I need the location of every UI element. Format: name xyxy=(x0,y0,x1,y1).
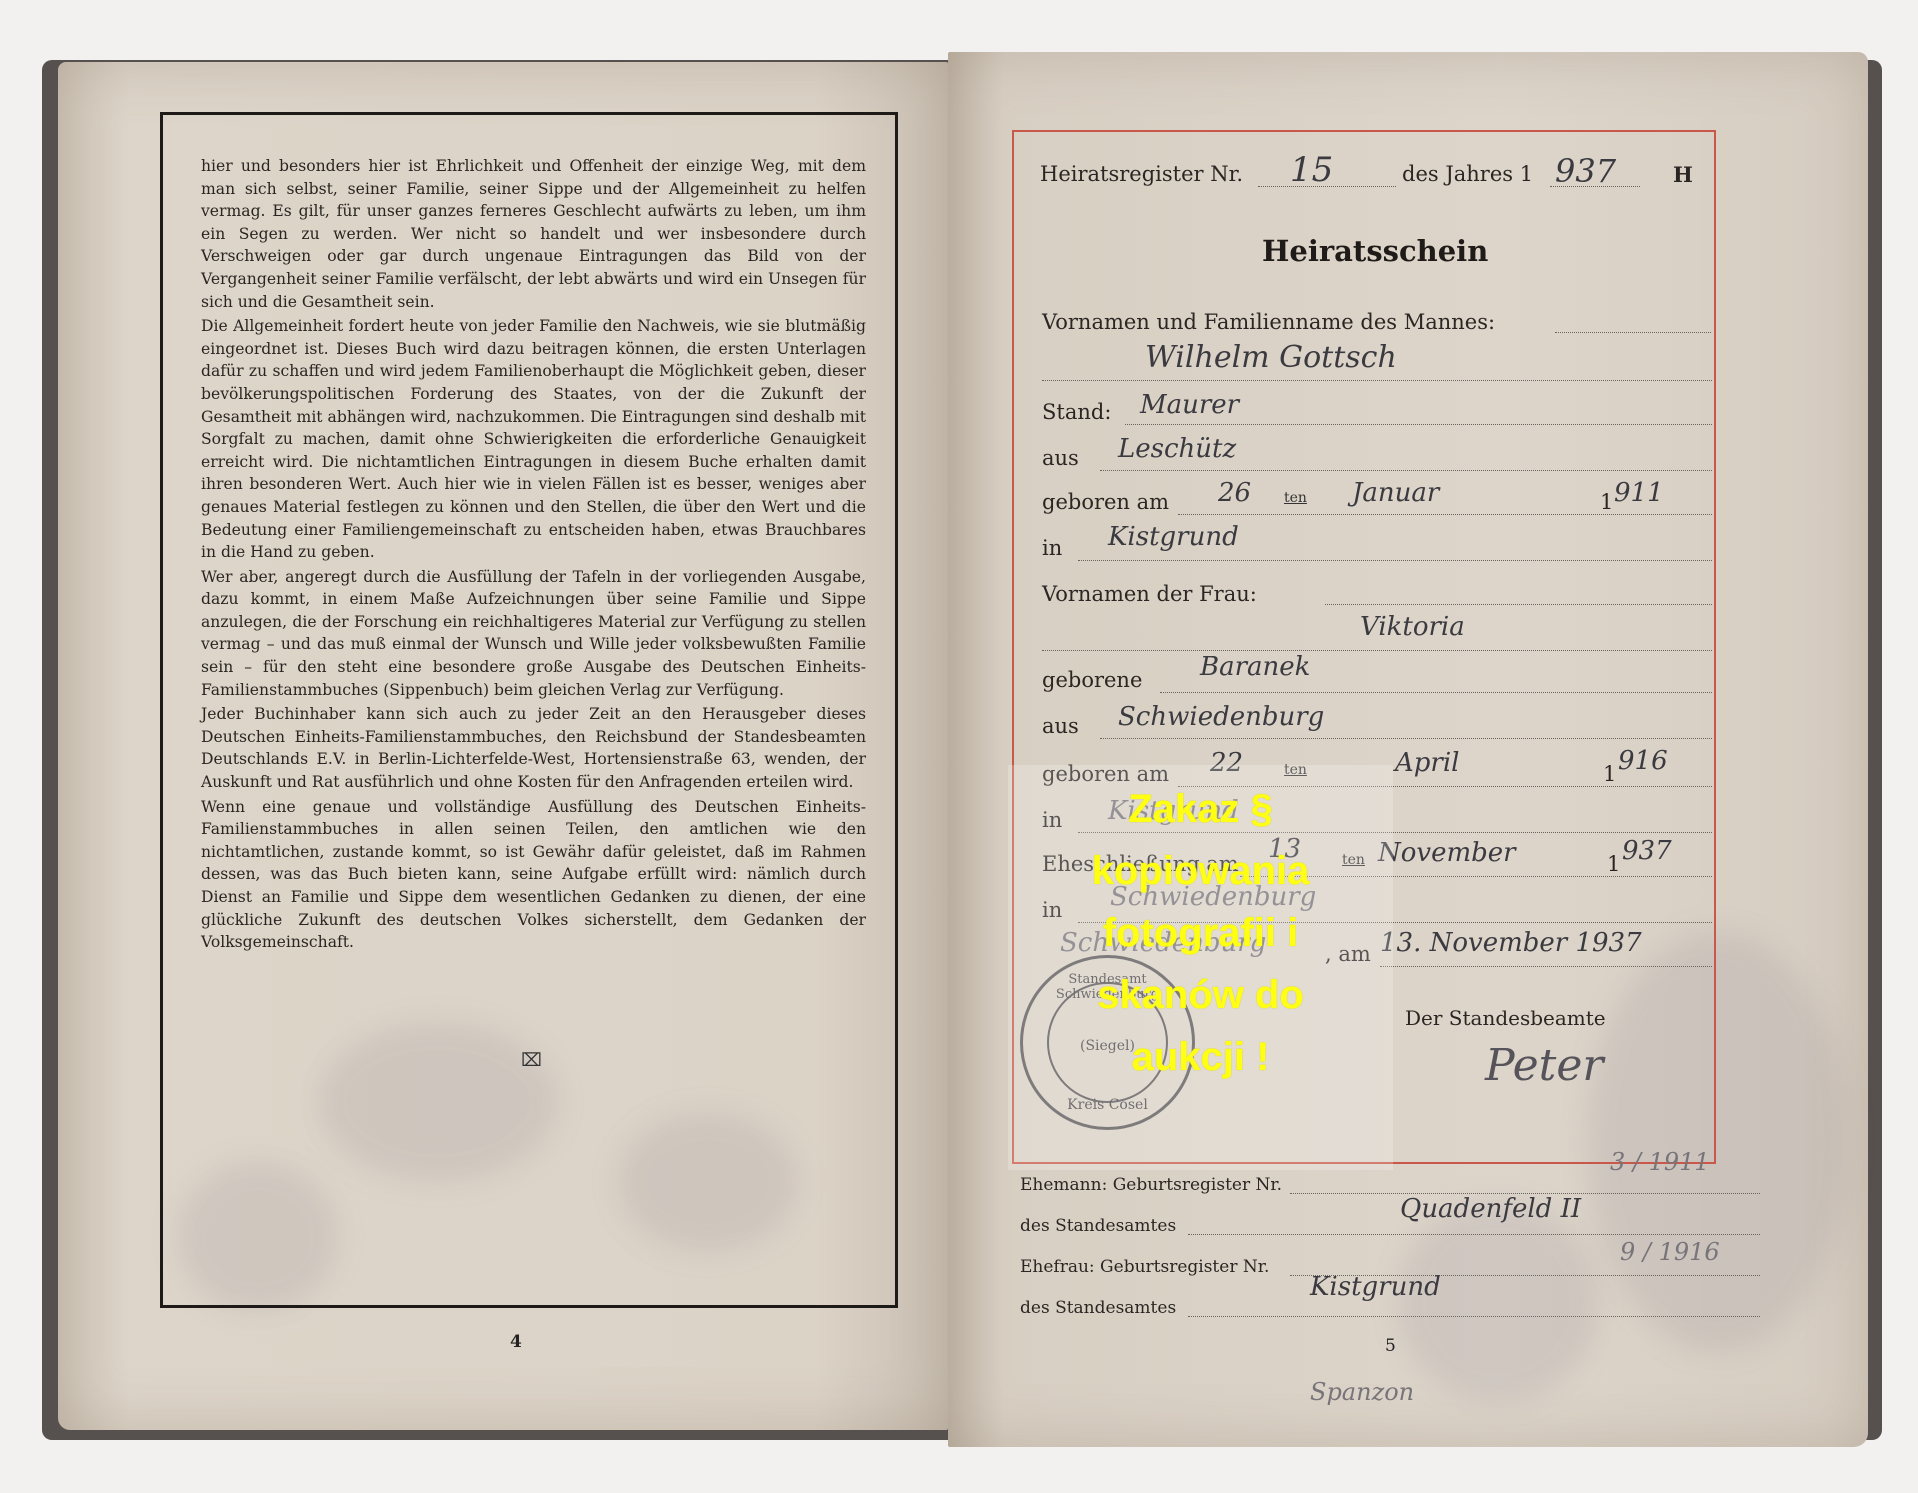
paragraph: Wenn eine genaue und vollständige Ausfül… xyxy=(201,796,866,954)
stand-value: Maurer xyxy=(1140,390,1239,420)
husband-from-value: Leschütz xyxy=(1118,434,1236,464)
aus-label: aus xyxy=(1042,446,1079,470)
husband-born-day: 26 xyxy=(1218,478,1251,508)
wife-name-value: Viktoria xyxy=(1360,612,1465,642)
husband-register-value: 3 / 1911 xyxy=(1610,1148,1710,1176)
wife-maiden-value: Baranek xyxy=(1200,652,1310,682)
year-prefix: 1 xyxy=(1607,852,1620,876)
wife-office-value: Kistgrund xyxy=(1310,1272,1441,1302)
page-number-left: 4 xyxy=(510,1332,522,1352)
wife-name-label: Vornamen der Frau: xyxy=(1042,582,1257,606)
wife-born-year: 916 xyxy=(1618,746,1668,776)
marriage-year: 937 xyxy=(1622,836,1672,866)
wife-from-label: aus xyxy=(1042,714,1079,738)
husband-office-value: Quadenfeld II xyxy=(1400,1194,1581,1224)
ten-label: ten xyxy=(1284,490,1307,506)
husband-register-label: Ehemann: Geburtsregister Nr. xyxy=(1020,1175,1282,1195)
husband-born-month: Januar xyxy=(1352,478,1439,508)
wife-born-month: April xyxy=(1395,748,1459,778)
wife-office-label: des Standesamtes xyxy=(1020,1298,1176,1318)
wife-register-value: 9 / 1916 xyxy=(1620,1238,1720,1266)
husband-born-label: geboren am xyxy=(1042,490,1169,514)
watermark-line: fotografii i xyxy=(1008,902,1393,964)
watermark-line: kopiowania xyxy=(1008,840,1393,902)
husband-office-label: des Standesamtes xyxy=(1020,1216,1176,1236)
husband-name-value: Wilhelm Gottsch xyxy=(1145,340,1397,375)
wife-from-value: Schwiedenburg xyxy=(1118,702,1324,732)
paragraph: Die Allgemeinheit fordert heute von jede… xyxy=(201,315,866,564)
paragraph: Wer aber, angeregt durch die Ausfüllung … xyxy=(201,566,866,702)
marriage-month: November xyxy=(1378,838,1516,868)
year-value: 937 xyxy=(1555,152,1616,190)
register-suffix: H xyxy=(1673,162,1693,187)
husband-birthplace-value: Kistgrund xyxy=(1108,522,1239,552)
official-signature: Peter xyxy=(1485,1040,1603,1091)
end-mark-icon: ⌧ xyxy=(521,1050,542,1071)
issued-date-value: 13. November 1937 xyxy=(1380,928,1642,958)
stand-label: Stand: xyxy=(1042,400,1111,424)
husband-born-year: 911 xyxy=(1614,478,1664,508)
text-frame: hier und besonders hier ist Ehrlichkeit … xyxy=(160,112,898,1308)
page-number-right: 5 xyxy=(1385,1336,1396,1356)
watermark-line: skanów do xyxy=(1008,964,1393,1026)
certificate-title: Heiratsschein xyxy=(1262,234,1488,268)
copy-prohibition-watermark: Zakaz § kopiowania fotografii i skanów d… xyxy=(1008,778,1393,1088)
official-label: Der Standesbeamte xyxy=(1405,1006,1606,1030)
year-prefix: 1 xyxy=(1600,490,1613,514)
watermark-line: aukcji ! xyxy=(1008,1026,1393,1088)
register-number: 15 xyxy=(1290,150,1333,190)
paragraph: hier und besonders hier ist Ehrlichkeit … xyxy=(201,155,866,313)
year-label: des Jahres 1 xyxy=(1402,162,1533,186)
year-prefix: 1 xyxy=(1603,762,1616,786)
wife-nee-label: geborene xyxy=(1042,668,1142,692)
husband-name-label: Vornamen und Familienname des Mannes: xyxy=(1042,310,1495,334)
paragraph: Jeder Buchinhaber kann sich auch zu jede… xyxy=(201,703,866,793)
husband-birthplace-label: in xyxy=(1042,536,1062,560)
watermark-line: Zakaz § xyxy=(1008,778,1393,840)
wife-register-label: Ehefrau: Geburtsregister Nr. xyxy=(1020,1257,1269,1277)
body-text: hier und besonders hier ist Ehrlichkeit … xyxy=(201,155,866,956)
register-label: Heiratsregister Nr. xyxy=(1040,162,1243,186)
pencil-note: Spanzon xyxy=(1310,1378,1414,1406)
